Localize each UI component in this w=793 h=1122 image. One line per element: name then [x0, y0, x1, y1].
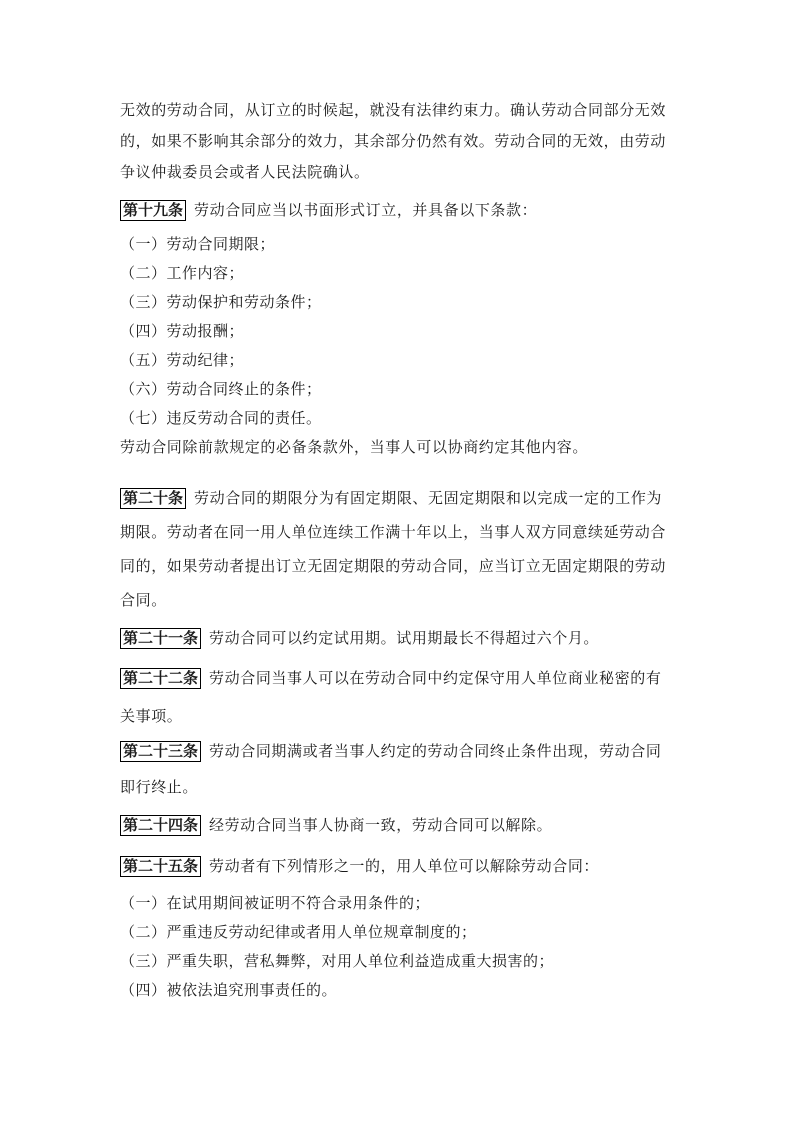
article-19-item-6: （六）劳动合同终止的条件； [120, 379, 322, 399]
article-19-text: 劳动合同应当以书面形式订立，并具备以下条款： [194, 201, 537, 219]
article-22-label: 第二十二条 [120, 668, 201, 689]
article-20-line-4: 合同。 [120, 590, 167, 610]
article-25-label: 第二十五条 [120, 856, 201, 877]
article-20-text: 劳动合同的期限分为有固定期限、无固定期限和以完成一定的工作为 [194, 489, 662, 507]
article-22: 第二十二条劳动合同当事人可以在劳动合同中约定保守用人单位商业秘密的有 [120, 668, 661, 689]
article-22-line-2: 关事项。 [120, 706, 182, 726]
article-21-label: 第二十一条 [120, 628, 201, 649]
article-19-closing: 劳动合同除前款规定的必备条款外，当事人可以协商约定其他内容。 [120, 437, 588, 457]
article-25-item-3: （三）严重失职，营私舞弊，对用人单位利益造成重大损害的； [120, 951, 554, 971]
article-19-item-1: （一）劳动合同期限； [120, 234, 275, 254]
article-25: 第二十五条劳动者有下列情形之一的，用人单位可以解除劳动合同： [120, 856, 599, 877]
article-20-label: 第二十条 [120, 488, 186, 509]
intro-line-1: 无效的劳动合同，从订立的时候起，就没有法律约束力。确认劳动合同部分无效 [120, 100, 666, 120]
article-25-item-4: （四）被依法追究刑事责任的。 [120, 980, 337, 1000]
article-25-item-1: （一）在试用期间被证明不符合录用条件的； [120, 893, 430, 913]
article-24-text: 经劳动合同当事人协商一致，劳动合同可以解除。 [209, 816, 552, 834]
article-20-line-3: 同的，如果劳动者提出订立无固定期限的劳动合同，应当订立无固定期限的劳动 [120, 556, 666, 576]
article-21-text: 劳动合同可以约定试用期。试用期最长不得超过六个月。 [209, 629, 599, 647]
article-23-text: 劳动合同期满或者当事人约定的劳动合同终止条件出现，劳动合同 [209, 742, 661, 760]
article-19-item-3: （三）劳动保护和劳动条件； [120, 292, 322, 312]
article-19-item-5: （五）劳动纪律； [120, 350, 244, 370]
article-25-text: 劳动者有下列情形之一的，用人单位可以解除劳动合同： [209, 857, 599, 875]
article-19-item-4: （四）劳动报酬； [120, 321, 244, 341]
article-23: 第二十三条劳动合同期满或者当事人约定的劳动合同终止条件出现，劳动合同 [120, 741, 661, 762]
article-19-item-2: （二）工作内容； [120, 263, 244, 283]
article-21: 第二十一条劳动合同可以约定试用期。试用期最长不得超过六个月。 [120, 628, 599, 649]
intro-line-3: 争议仲裁委员会或者人民法院确认。 [120, 162, 370, 182]
article-20-line-2: 期限。劳动者在同一用人单位连续工作满十年以上，当事人双方同意续延劳动合 [120, 522, 666, 542]
article-19-item-7: （七）违反劳动合同的责任。 [120, 408, 322, 428]
article-22-text: 劳动合同当事人可以在劳动合同中约定保守用人单位商业秘密的有 [209, 669, 661, 687]
article-25-item-2: （二）严重违反劳动纪律或者用人单位规章制度的； [120, 922, 477, 942]
article-20: 第二十条劳动合同的期限分为有固定期限、无固定期限和以完成一定的工作为 [120, 488, 662, 509]
article-19: 第十九条劳动合同应当以书面形式订立，并具备以下条款： [120, 200, 537, 221]
article-23-label: 第二十三条 [120, 741, 201, 762]
article-24: 第二十四条经劳动合同当事人协商一致，劳动合同可以解除。 [120, 815, 552, 836]
article-24-label: 第二十四条 [120, 815, 201, 836]
article-23-line-2: 即行终止。 [120, 777, 198, 797]
article-19-label: 第十九条 [120, 200, 186, 221]
intro-line-2: 的，如果不影响其余部分的效力，其余部分仍然有效。劳动合同的无效，由劳动 [120, 131, 666, 151]
